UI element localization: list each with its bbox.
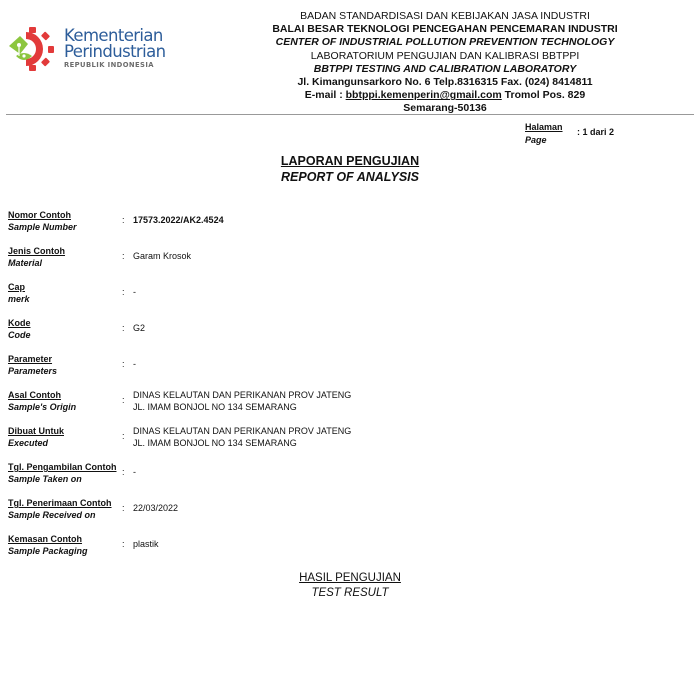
logo-line-republik: REPUBLIK INDONESIA <box>64 61 165 69</box>
header-laboratory-en: BBTPPI TESTING AND CALIBRATION LABORATOR… <box>260 63 630 76</box>
email-link[interactable]: bbtppi.kemenperin@gmail.com <box>346 89 502 101</box>
field-colon: : <box>122 215 125 225</box>
field-value: 22/03/2022 <box>133 503 178 513</box>
report-title: LAPORAN PENGUJIAN REPORT OF ANALYSIS <box>200 154 500 186</box>
sample-details: Nomor Contoh Sample Number : 17573.2022/… <box>8 209 608 569</box>
field-label: Tgl. Pengambilan Contoh <box>8 461 608 473</box>
field-value: G2 <box>133 323 145 333</box>
field-sample-taken: Tgl. Pengambilan Contoh Sample Taken on … <box>8 461 608 497</box>
field-label-en: Sample Number <box>8 221 608 233</box>
field-colon: : <box>122 503 125 513</box>
field-value-line1: DINAS KELAUTAN DAN PERIKANAN PROV JATENG <box>133 425 351 437</box>
field-material: Jenis Contoh Material : Garam Krosok <box>8 245 608 281</box>
field-sample-received: Tgl. Penerimaan Contoh Sample Received o… <box>8 497 608 533</box>
header-address: Jl. Kimangunsarkoro No. 6 Telp.8316315 F… <box>260 76 630 89</box>
field-executed-for: Dibuat Untuk Executed : DINAS KELAUTAN D… <box>8 425 608 461</box>
field-value: - <box>133 287 136 297</box>
field-colon: : <box>122 359 125 369</box>
field-colon: : <box>122 431 125 441</box>
header-contact: E-mail : bbtppi.kemenperin@gmail.com Tro… <box>260 89 630 102</box>
header-institute-en: CENTER OF INDUSTRIAL POLLUTION PREVENTIO… <box>260 36 630 49</box>
report-title-main: LAPORAN PENGUJIAN <box>200 154 500 169</box>
page-label-en: Page <box>525 134 563 147</box>
field-colon: : <box>122 323 125 333</box>
ministry-logo: Kementerian Perindustrian REPUBLIK INDON… <box>6 26 161 72</box>
field-brand: Cap merk : - <box>8 281 608 317</box>
field-sample-packaging: Kemasan Contoh Sample Packaging : plasti… <box>8 533 608 569</box>
field-label: Kode <box>8 317 608 329</box>
field-sample-origin: Asal Contoh Sample's Origin : DINAS KELA… <box>8 389 608 425</box>
test-result-heading: HASIL PENGUJIAN TEST RESULT <box>250 571 450 600</box>
field-label: Tgl. Penerimaan Contoh <box>8 497 608 509</box>
field-label: Cap <box>8 281 608 293</box>
page-label: Halaman <box>525 121 563 134</box>
report-title-sub: REPORT OF ANALYSIS <box>200 169 500 186</box>
field-colon: : <box>122 539 125 549</box>
header-divider <box>6 114 694 115</box>
field-value: plastik <box>133 539 159 549</box>
field-label: Jenis Contoh <box>8 245 608 257</box>
field-value: DINAS KELAUTAN DAN PERIKANAN PROV JATENG… <box>133 425 351 449</box>
logo-line-perindustrian: Perindustrian <box>64 44 165 60</box>
field-label-en: Sample Packaging <box>8 545 608 557</box>
field-sample-number: Nomor Contoh Sample Number : 17573.2022/… <box>8 209 608 245</box>
email-label: E-mail : <box>305 89 346 101</box>
letterhead: BADAN STANDARDISASI DAN KEBIJAKAN JASA I… <box>260 10 630 116</box>
field-label-en: merk <box>8 293 608 305</box>
field-colon: : <box>122 395 125 405</box>
field-label: Nomor Contoh <box>8 209 608 221</box>
header-agency: BADAN STANDARDISASI DAN KEBIJAKAN JASA I… <box>260 10 630 23</box>
test-result-title-en: TEST RESULT <box>250 586 450 601</box>
field-label-en: Code <box>8 329 608 341</box>
gear-leaf-icon <box>6 26 62 72</box>
po-box: Tromol Pos. 829 <box>502 89 585 101</box>
field-value: - <box>133 467 136 477</box>
test-result-title: HASIL PENGUJIAN <box>250 571 450 586</box>
field-value: DINAS KELAUTAN DAN PERIKANAN PROV JATENG… <box>133 389 351 413</box>
header-institute: BALAI BESAR TEKNOLOGI PENCEGAHAN PENCEMA… <box>260 23 630 36</box>
field-label-en: Sample Received on <box>8 509 608 521</box>
field-colon: : <box>122 251 125 261</box>
field-parameters: Parameter Parameters : - <box>8 353 608 389</box>
field-code: Kode Code : G2 <box>8 317 608 353</box>
field-label-en: Material <box>8 257 608 269</box>
field-value-line1: DINAS KELAUTAN DAN PERIKANAN PROV JATENG <box>133 389 351 401</box>
field-label-en: Sample Taken on <box>8 473 608 485</box>
page-number: : 1 dari 2 <box>577 127 614 137</box>
field-value-line2: JL. IMAM BONJOL NO 134 SEMARANG <box>133 401 351 413</box>
field-label: Kemasan Contoh <box>8 533 608 545</box>
header-laboratory: LABORATORIUM PENGUJIAN DAN KALIBRASI BBT… <box>260 50 630 63</box>
field-value-line2: JL. IMAM BONJOL NO 134 SEMARANG <box>133 437 351 449</box>
page-indicator: Halaman Page : 1 dari 2 <box>525 121 563 147</box>
field-label-en: Parameters <box>8 365 608 377</box>
field-label: Parameter <box>8 353 608 365</box>
field-value: 17573.2022/AK2.4524 <box>133 215 224 225</box>
field-value: Garam Krosok <box>133 251 191 261</box>
field-colon: : <box>122 287 125 297</box>
field-value: - <box>133 359 136 369</box>
field-colon: : <box>122 467 125 477</box>
